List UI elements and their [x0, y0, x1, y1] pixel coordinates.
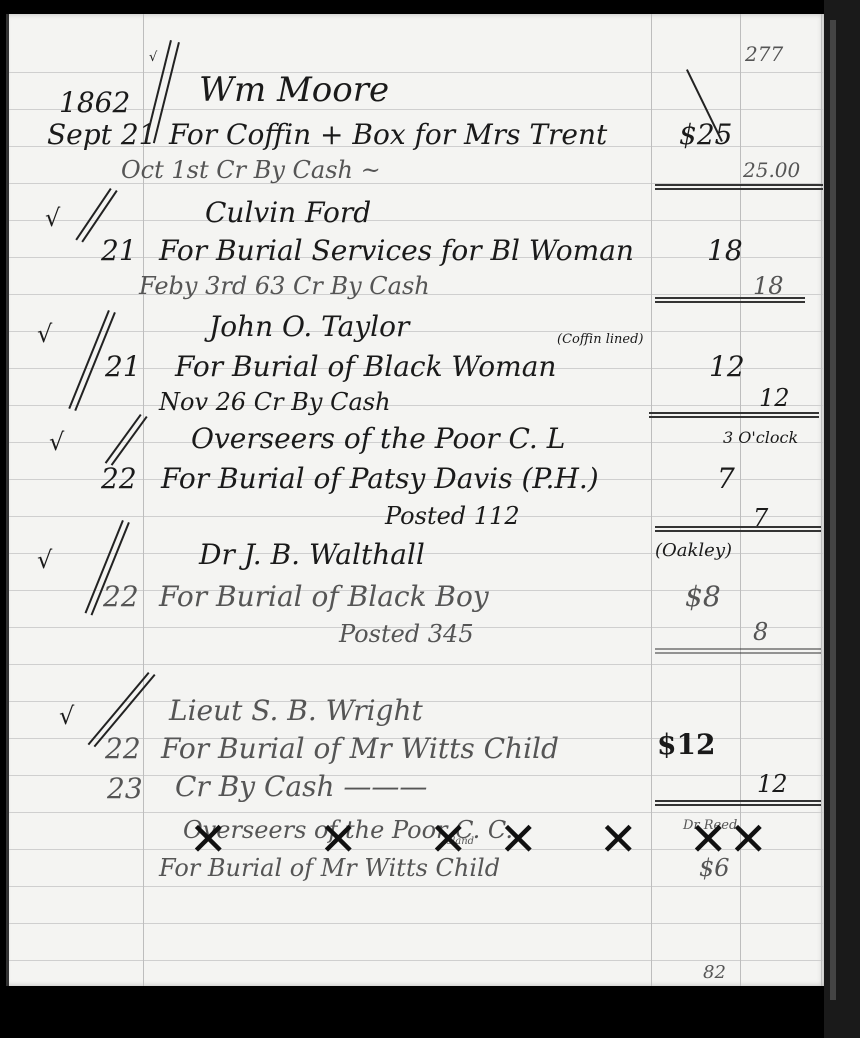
year: 1862 — [59, 86, 130, 119]
total-rule — [655, 800, 821, 806]
entry-description: For Burial of Black Woman — [175, 350, 556, 383]
total-rule — [655, 297, 805, 303]
ruled-line — [9, 220, 827, 221]
entry-credit-line: Posted 345 — [339, 620, 474, 648]
entry-description: For Burial Services for Bl Woman — [159, 234, 634, 267]
check-mark: √ — [37, 320, 52, 348]
check-mark: √ — [45, 204, 60, 232]
entry-date: Sept 21 — [47, 118, 156, 151]
entry-credit-line: Cr By Cash ——— — [175, 770, 427, 803]
entry-description: For Coffin + Box for Mrs Trent — [169, 118, 607, 151]
entry-credit: 12 — [759, 384, 790, 412]
total-rule — [655, 648, 821, 654]
check-mark: √ — [59, 702, 74, 730]
check-mark: √ — [49, 428, 64, 456]
entry-date: 22 — [103, 580, 139, 613]
entry-credit-line: Nov 26 Cr By Cash — [159, 388, 391, 416]
entry-debit: 12 — [709, 350, 745, 383]
entry-debit: 18 — [707, 234, 743, 267]
entry-date: 21 — [105, 350, 141, 383]
entry-credit: 18 — [753, 272, 784, 300]
entry-date: 21 — [101, 234, 137, 267]
page-number-bottom: 82 — [703, 962, 726, 983]
ruled-line — [9, 664, 827, 665]
cross-out-mark: ✕ — [189, 812, 228, 866]
total-rule — [655, 184, 823, 190]
entry-credit-line: Posted 112 — [385, 502, 520, 530]
entry-name: Overseers of the Poor C. L — [191, 422, 565, 455]
cross-out-mark: ✕ — [599, 812, 638, 866]
ruled-line — [9, 923, 827, 924]
ledger-page: 277 1862 √ Wm Moore Sept 21 For Coffin +… — [6, 14, 827, 986]
entry-description: For Burial of Patsy Davis (P.H.) — [161, 462, 599, 495]
entry-side-note: 3 O'clock — [723, 428, 798, 447]
cross-out-mark: ✕ — [729, 812, 768, 866]
entry-description: For Burial of Black Boy — [159, 580, 489, 613]
entry-side-note: (Oakley) — [655, 540, 732, 561]
entry-name: Dr J. B. Walthall — [199, 538, 425, 571]
right-edge-line — [821, 14, 822, 986]
entry-name: Culvin Ford — [205, 196, 371, 229]
entry-name: Lieut S. B. Wright — [169, 694, 423, 727]
entry-debit: 7 — [717, 462, 735, 495]
check-mark: √ — [149, 50, 157, 65]
cross-out-mark: ✕ — [319, 812, 358, 866]
entry-credit: 12 — [757, 770, 788, 798]
credit-date: 23 — [107, 772, 143, 805]
total-rule — [649, 412, 819, 418]
entry-debit: $8 — [685, 580, 721, 613]
debit-column-line — [651, 14, 652, 986]
cross-out-mark: ✕ — [689, 812, 728, 866]
cross-out-mark: ✕ — [429, 812, 468, 866]
total-rule — [655, 526, 821, 532]
entry-debit: $25 — [679, 118, 732, 151]
entry-credit-line: Oct 1st Cr By Cash ~ — [121, 156, 381, 184]
book-spine-edge — [830, 20, 836, 1000]
entry-name: Wm Moore — [199, 70, 389, 110]
entry-credit: 25.00 — [743, 158, 800, 182]
entry-date: 22 — [101, 462, 137, 495]
ruled-line — [9, 331, 827, 332]
ruled-line — [9, 405, 827, 406]
entry-description: For Burial of Mr Witts Child — [161, 732, 559, 765]
check-mark: √ — [37, 546, 52, 574]
entry-name: John O. Taylor — [209, 310, 409, 343]
ruled-line — [9, 72, 827, 73]
entry-debit: $12 — [657, 728, 715, 761]
ruled-line — [9, 886, 827, 887]
entry-date: 22 — [105, 732, 141, 765]
page-number-top: 277 — [745, 42, 783, 66]
ruled-line — [9, 960, 827, 961]
cross-out-mark: ✕ — [499, 812, 538, 866]
entry-credit: 8 — [753, 618, 768, 646]
entry-credit-line: Feby 3rd 63 Cr By Cash — [139, 272, 430, 300]
entry-note: (Coffin lined) — [557, 332, 644, 347]
